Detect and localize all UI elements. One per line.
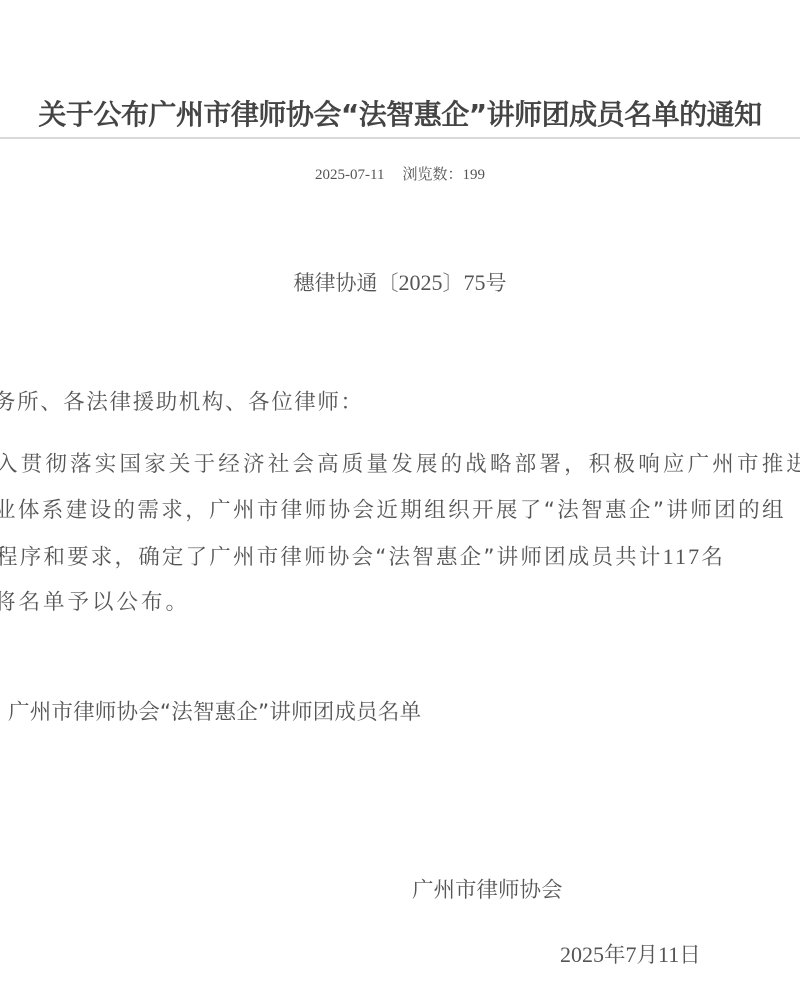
sign-year-unit: 年 <box>604 943 626 968</box>
body-text: 程序和要求，确定了广州市律师协会“法智惠企”讲师团成员共计 <box>0 545 663 570</box>
member-count: 117 <box>663 544 702 569</box>
article-body: 务所、各法律援助机构、各位律师： 入贯彻落实国家关于经济社会高质量发展的战略部署… <box>0 0 800 1000</box>
sign-day-unit: 日 <box>679 943 701 968</box>
body-paragraph-line: 业体系建设的需求，广州市律师协会近期组织开展了“法智惠企”讲师团的组 <box>0 494 786 528</box>
sign-year: 2025 <box>560 942 604 967</box>
body-paragraph-line: 入贯彻落实国家关于经济社会高质量发展的战略部署，积极响应广州市推进 <box>0 448 800 482</box>
body-text: 名 <box>701 545 725 570</box>
signature-date: 2025年7月11日 <box>560 938 701 973</box>
sign-month-unit: 月 <box>637 943 659 968</box>
sign-day: 11 <box>658 942 679 967</box>
attachment-link[interactable]: 广州市律师协会“法智惠企”讲师团成员名单 <box>8 696 421 730</box>
body-paragraph-line: 将名单予以公布。 <box>0 586 190 620</box>
body-paragraph-line: 程序和要求，确定了广州市律师协会“法智惠企”讲师团成员共计117名 <box>0 540 725 575</box>
signature-organization: 广州市律师协会 <box>412 874 563 908</box>
addressee-line: 务所、各法律援助机构、各位律师： <box>0 386 364 420</box>
sign-month: 7 <box>626 942 637 967</box>
